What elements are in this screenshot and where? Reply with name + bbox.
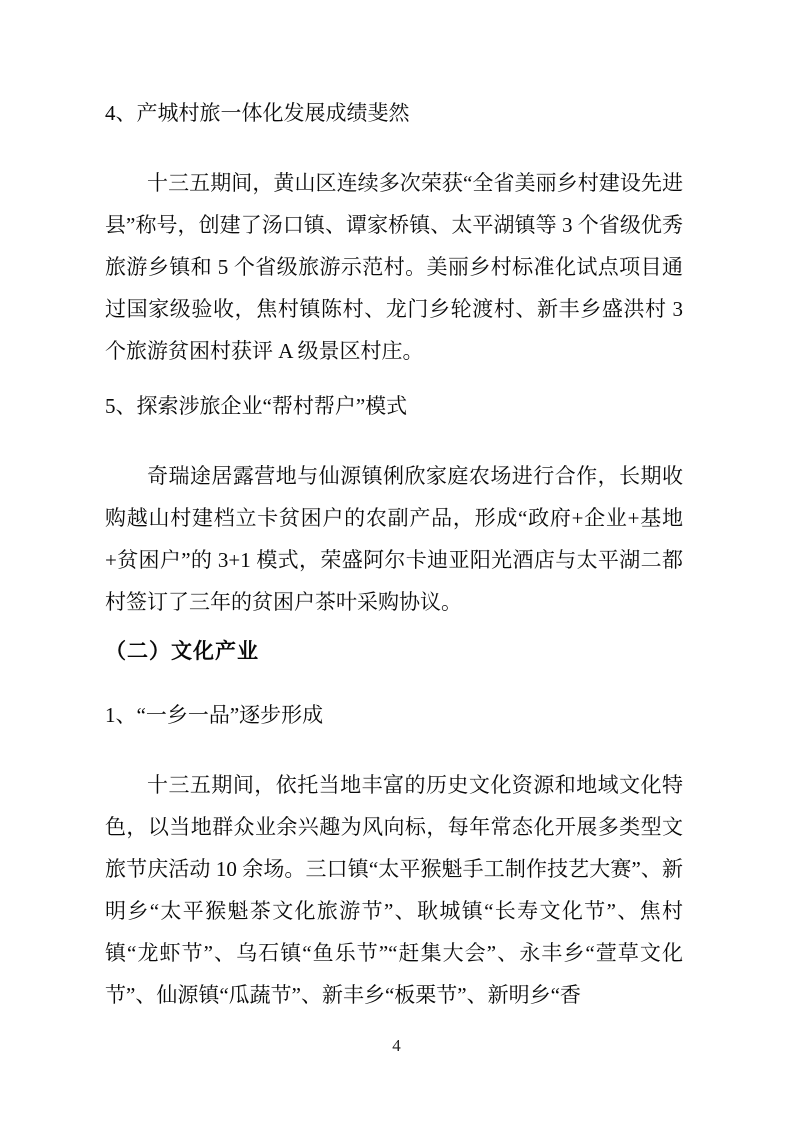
body-paragraph-beautiful-villages: 十三五期间，黄山区连续多次荣获“全省美丽乡村建设先进县”称号，创建了汤口镇、谭家… [105,162,683,372]
body-paragraph-enterprise-cooperation: 奇瑞途居露营地与仙源镇俐欣家庭农场进行合作，长期收购越山村建档立卡贫困户的农副产… [105,455,683,623]
document-page: 4、产城村旅一体化发展成绩斐然 十三五期间，黄山区连续多次荣获“全省美丽乡村建设… [0,0,793,1122]
page-content: 4、产城村旅一体化发展成绩斐然 十三五期间，黄山区连续多次荣获“全省美丽乡村建设… [105,92,683,1016]
heading-section-4-integrated-development: 4、产城村旅一体化发展成绩斐然 [105,92,683,134]
heading-section-1-one-town-one-brand: 1、“一乡一品”逐步形成 [105,694,683,736]
heading-subsection-2-culture-industry: （二）文化产业 [105,631,683,673]
heading-section-5-help-village-model: 5、探索涉旅企业“帮村帮户”模式 [105,385,683,427]
page-footer: 4 [0,1032,793,1060]
body-paragraph-festival-activities: 十三五期间，依托当地丰富的历史文化资源和地域文化特色，以当地群众业余兴趣为风向标… [105,764,683,1016]
page-number: 4 [392,1036,401,1055]
